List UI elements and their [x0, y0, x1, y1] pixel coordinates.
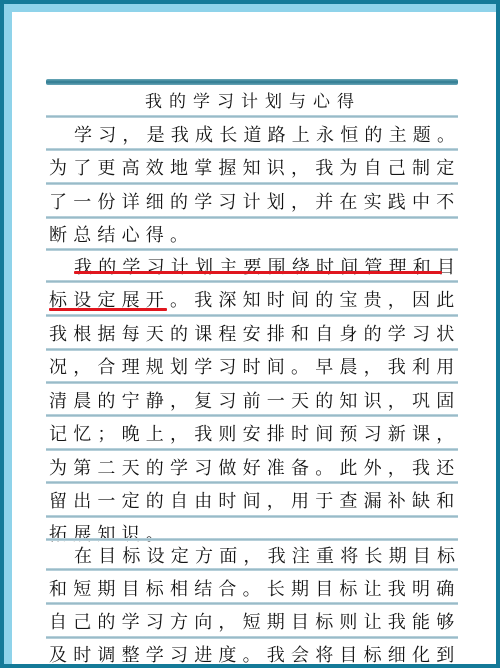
text-line: 我根据每天的课程安排和自身的学习状 — [49, 320, 457, 350]
ruled-paper: 我的学习计划与心得 学习，是我成长道路上永恒的主题。 为了更高效地掌握知识，我为… — [12, 12, 496, 664]
ruled-line — [46, 182, 458, 185]
text-line: 学习，是我成长道路上永恒的主题。 — [49, 121, 457, 151]
text-line: 况，合理规划学习时间。早晨，我利用 — [49, 353, 457, 383]
text-line: 了一份详细的学习计划，并在实践中不 — [49, 188, 457, 218]
text-line: 和短期目标相结合。长期目标让我明确 — [49, 575, 457, 605]
ruled-line — [46, 636, 458, 639]
text-line: 清晨的宁静，复习前一天的知识，巩固 — [49, 387, 457, 417]
ruled-line — [46, 381, 458, 384]
text-line: 及时调整学习进度。我会将目标细化到 — [49, 641, 457, 664]
text-line: 断总结心得。 — [49, 221, 457, 251]
text-line: 记忆；晚上，我则安排时间预习新课， — [49, 420, 457, 450]
document-title: 我的学习计划与心得 — [49, 87, 457, 117]
ruled-line — [46, 216, 458, 219]
text-line: 为第二天的学习做好准备。此外，我还 — [49, 454, 457, 484]
ruled-line — [46, 538, 458, 541]
ruled-line — [46, 602, 458, 605]
outer-frame: 我的学习计划与心得 学习，是我成长道路上永恒的主题。 为了更高效地掌握知识，我为… — [4, 4, 496, 664]
text-line: 留出一定的自由时间，用于查漏补缺和 — [49, 487, 457, 517]
ruled-line — [46, 448, 458, 451]
red-underline — [49, 308, 167, 311]
ruled-line — [46, 248, 458, 251]
ruled-line — [46, 481, 458, 484]
ruled-line — [46, 414, 458, 417]
text-line: 自己的学习方向，短期目标则让我能够 — [49, 608, 457, 638]
red-underline — [74, 271, 442, 274]
ruled-line — [46, 280, 458, 283]
ruled-line — [46, 568, 458, 571]
text-line: 为了更高效地掌握知识，我为自己制定 — [49, 154, 457, 184]
ruled-line — [46, 515, 458, 518]
ruled-line — [46, 115, 458, 118]
top-thick-rule — [46, 79, 458, 85]
ruled-line — [46, 148, 458, 151]
text-line-highlighted: 我的学习计划主要围绕时间管理和目 — [49, 253, 457, 283]
ruled-line — [46, 314, 458, 317]
ruled-line — [46, 348, 458, 351]
text-line-highlighted: 标设定展开。我深知时间的宝贵，因此 — [49, 286, 457, 316]
